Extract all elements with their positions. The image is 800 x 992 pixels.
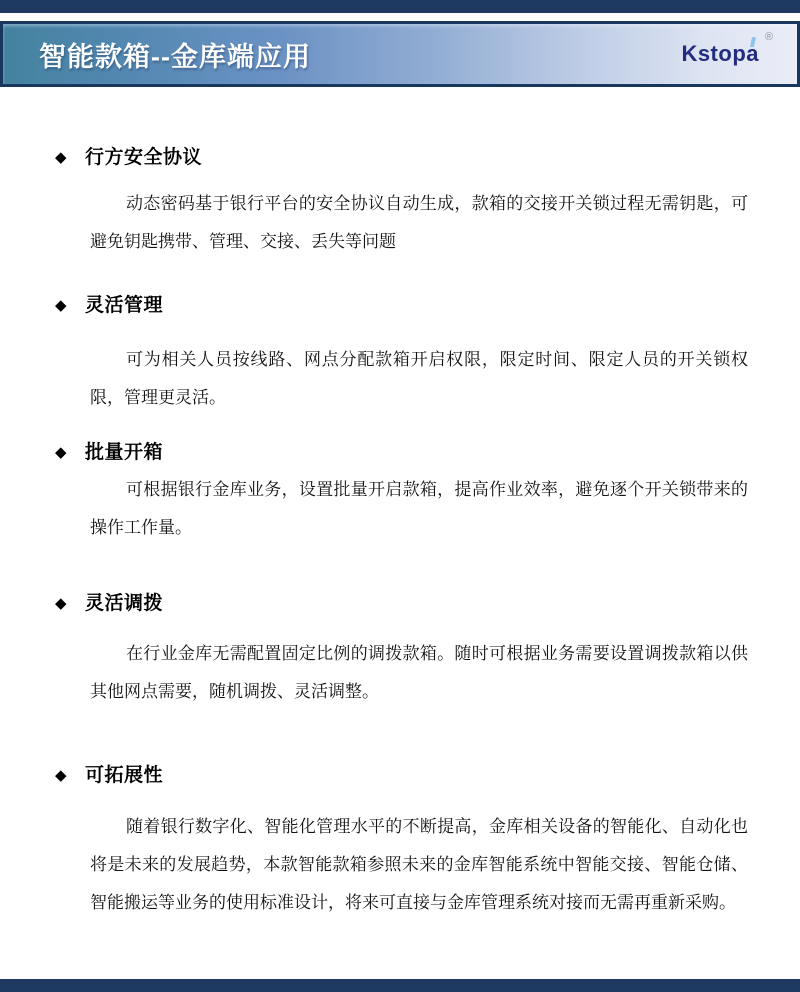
section-heading: 可拓展性 <box>85 763 163 789</box>
section-paragraph: 可为相关人员按线路、网点分配款箱开启权限，限定时间、限定人员的开关锁权限，管理更… <box>90 341 748 417</box>
section-bank-security-protocol: ◆ 行方安全协议 动态密码基于银行平台的安全协议自动生成，款箱的交接开关锁过程无… <box>55 145 748 261</box>
section-paragraph: 动态密码基于银行平台的安全协议自动生成，款箱的交接开关锁过程无需钥匙，可避免钥匙… <box>90 185 748 261</box>
section-heading-row: ◆ 可拓展性 <box>55 763 748 789</box>
diamond-bullet-icon: ◆ <box>55 763 85 789</box>
section-heading: 批量开箱 <box>85 440 163 466</box>
bottom-border-strip <box>0 979 800 992</box>
section-flexible-allocation: ◆ 灵活调拨 在行业金库无需配置固定比例的调拨款箱。随时可根据业务需要设置调拨款… <box>55 591 748 711</box>
section-heading: 灵活调拨 <box>85 591 163 617</box>
registered-trademark-symbol: ® <box>765 32 773 43</box>
diamond-bullet-icon: ◆ <box>55 145 85 171</box>
section-heading-row: ◆ 灵活调拨 <box>55 591 748 617</box>
section-batch-opening: ◆ 批量开箱 可根据银行金库业务，设置批量开启款箱，提高作业效率，避免逐个开关锁… <box>55 440 748 547</box>
section-paragraph: 随着银行数字化、智能化管理水平的不断提高，金库相关设备的智能化、自动化也将是未来… <box>90 808 748 922</box>
document-body: ◆ 行方安全协议 动态密码基于银行平台的安全协议自动生成，款箱的交接开关锁过程无… <box>0 87 800 922</box>
top-border-strip <box>0 0 800 13</box>
section-heading-row: ◆ 灵活管理 <box>55 293 748 319</box>
diamond-bullet-icon: ◆ <box>55 591 85 617</box>
brand-logo: Kstopa ® <box>681 43 759 65</box>
section-heading-row: ◆ 行方安全协议 <box>55 145 748 171</box>
header-band: 智能款箱--金库端应用 Kstopa ® <box>0 21 800 87</box>
diamond-bullet-icon: ◆ <box>55 440 85 466</box>
section-heading: 灵活管理 <box>85 293 163 319</box>
section-heading: 行方安全协议 <box>85 145 202 171</box>
section-flexible-management: ◆ 灵活管理 可为相关人员按线路、网点分配款箱开启权限，限定时间、限定人员的开关… <box>55 293 748 417</box>
page-title: 智能款箱--金库端应用 <box>39 35 311 74</box>
brand-logo-text: Kstopa <box>681 41 759 66</box>
section-heading-row: ◆ 批量开箱 <box>55 440 748 466</box>
section-paragraph: 可根据银行金库业务，设置批量开启款箱，提高作业效率，避免逐个开关锁带来的操作工作… <box>90 471 748 547</box>
section-extensibility: ◆ 可拓展性 随着银行数字化、智能化管理水平的不断提高，金库相关设备的智能化、自… <box>55 763 748 922</box>
diamond-bullet-icon: ◆ <box>55 293 85 319</box>
section-paragraph: 在行业金库无需配置固定比例的调拨款箱。随时可根据业务需要设置调拨款箱以供其他网点… <box>90 635 748 711</box>
